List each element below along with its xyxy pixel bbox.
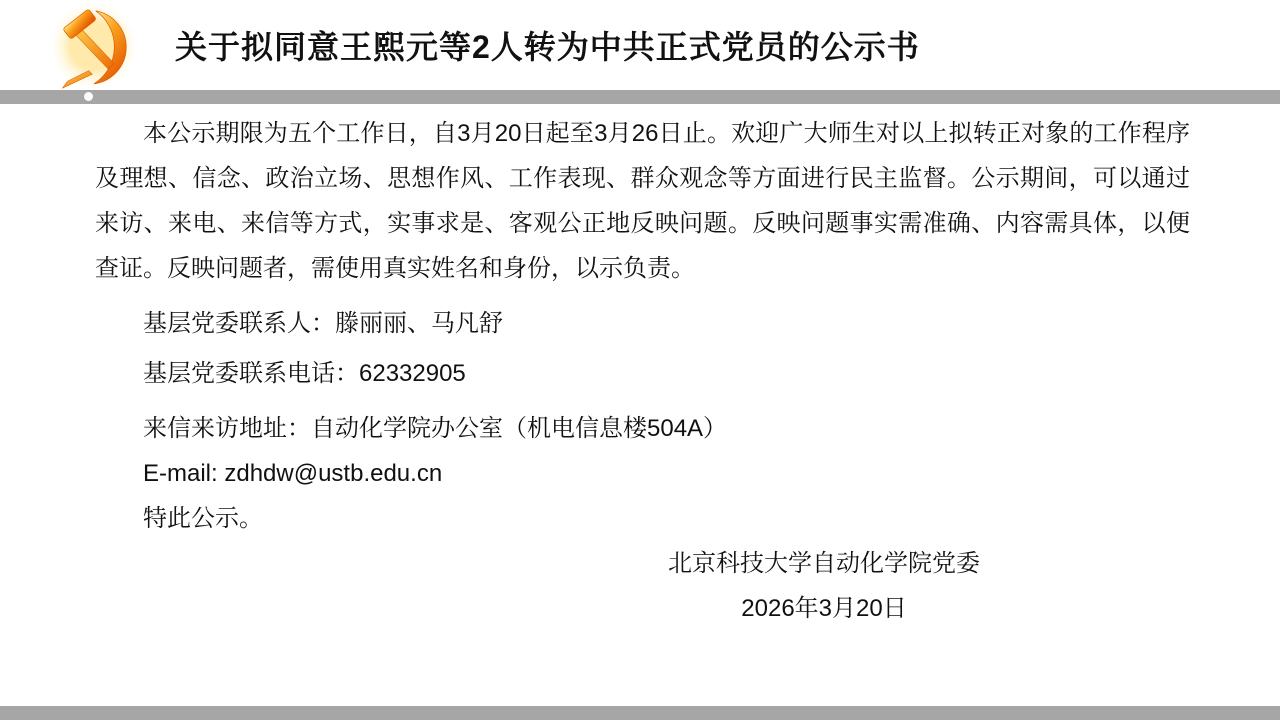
divider-dot [84,92,93,101]
notice-body: 本公示期限为五个工作日，自3月20日起至3月26日止。欢迎广大师生对以上拟转正对… [0,104,1280,631]
page-title: 关于拟同意王熙元等2人转为中共正式党员的公示书 [175,0,920,90]
address-line: 来信来访地址：自动化学院办公室（机电信息楼504A） [95,406,1190,451]
contact-person-line: 基层党委联系人：滕丽丽、马凡舒 [95,301,1190,346]
contact-phone-line: 基层党委联系电话：62332905 [95,351,1190,396]
signature-date: 2026年3月20日 [574,586,1074,631]
footer-bar [0,706,1280,720]
closing-line: 特此公示。 [95,496,1190,541]
notice-paragraph: 本公示期限为五个工作日，自3月20日起至3月26日止。欢迎广大师生对以上拟转正对… [95,111,1190,291]
page-header: 关于拟同意王熙元等2人转为中共正式党员的公示书 [0,0,1280,90]
party-emblem-icon [50,2,138,90]
signature-block: 北京科技大学自动化学院党委 2026年3月20日 [574,541,1074,631]
notice-page: 关于拟同意王熙元等2人转为中共正式党员的公示书 本公示期限为五个工作日，自3月2… [0,0,1280,720]
signature-org: 北京科技大学自动化学院党委 [574,541,1074,586]
header-divider-bar [0,90,1280,104]
address-block: 来信来访地址：自动化学院办公室（机电信息楼504A） E-mail: zdhdw… [95,406,1190,541]
email-line: E-mail: zdhdw@ustb.edu.cn [95,451,1190,496]
